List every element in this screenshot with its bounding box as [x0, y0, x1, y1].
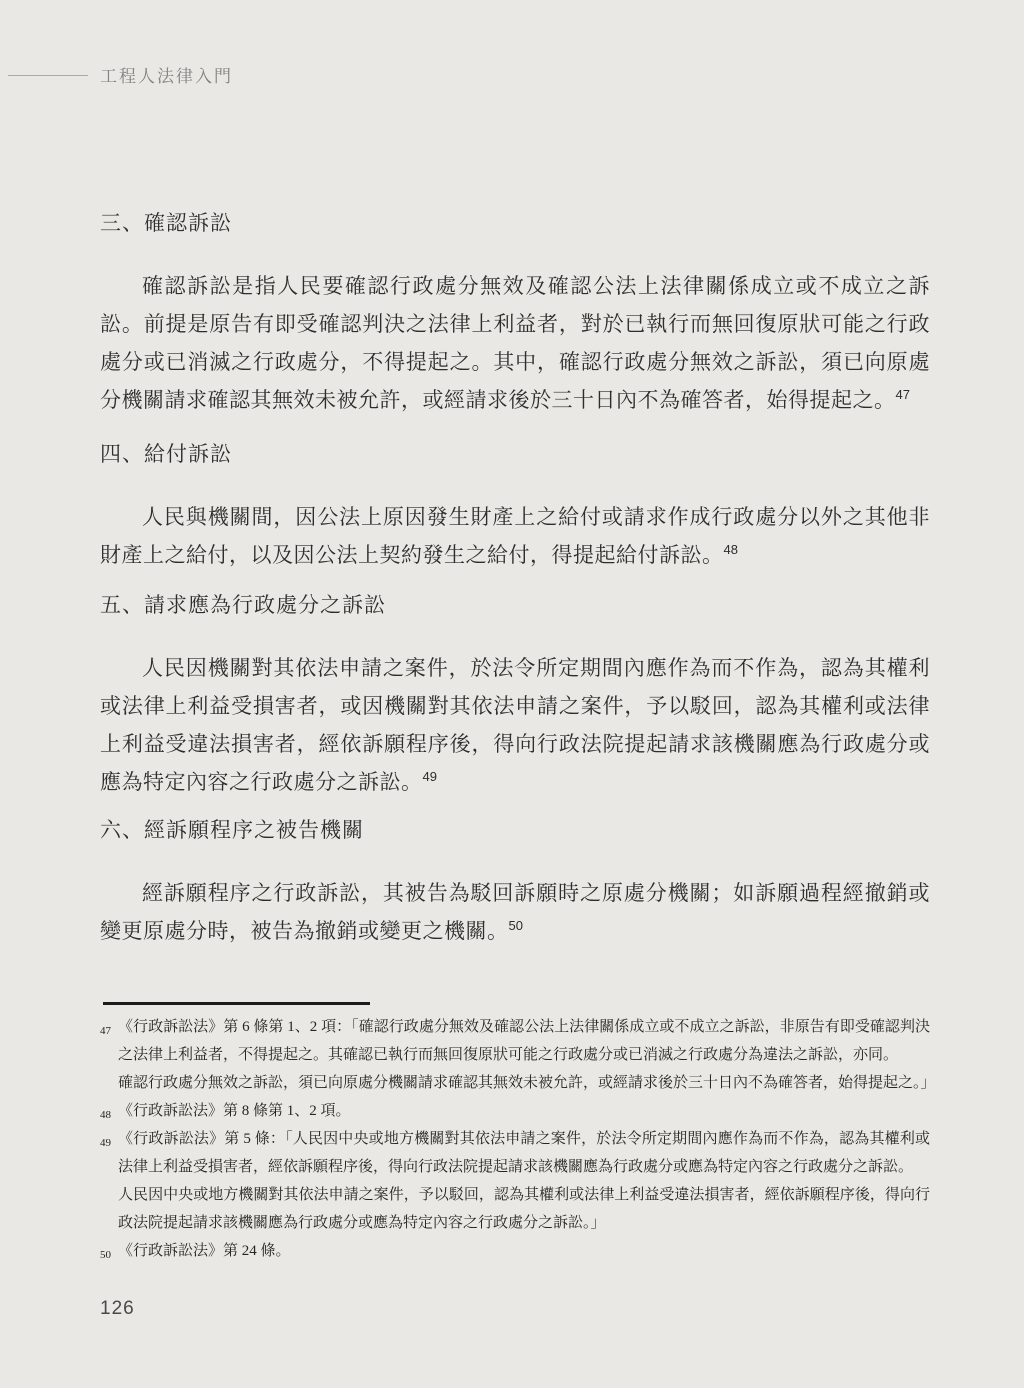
paragraph: 確認訴訟是指人民要確認行政處分無效及確認公法上法律關係成立或不成立之訴訟。前提是… — [100, 268, 930, 420]
footnote-number: 49 — [100, 1129, 111, 1157]
footnotes-block: 47 《行政訴訟法》第 6 條第 1、2 項：「確認行政處分無效及確認公法上法律… — [100, 1002, 930, 1265]
paragraph-text: 確認訴訟是指人民要確認行政處分無效及確認公法上法律關係成立或不成立之訴訟。前提是… — [100, 275, 930, 412]
page-number: 126 — [100, 1298, 135, 1320]
section-defendant-agency: 六、經訴願程序之被告機關 經訴願程序之行政訴訟，其被告為駁回訴願時之原處分機關；… — [100, 817, 930, 951]
book-page: 工程人法律入門 三、確認訴訟 確認訴訟是指人民要確認行政處分無效及確認公法上法律… — [0, 0, 1024, 1388]
footnote-segment: 《行政訴訟法》第 6 條第 1、2 項：「確認行政處分無效及確認公法上法律關係成… — [118, 1019, 930, 1063]
footnote-ref-47: 47 — [896, 387, 910, 402]
paragraph: 人民因機關對其依法申請之案件，於法令所定期間內應作為而不作為，認為其權利或法律上… — [100, 650, 930, 802]
paragraph-text: 經訴願程序之行政訴訟，其被告為駁回訴願時之原處分機關；如訴願過程經撤銷或變更原處… — [100, 882, 930, 943]
running-header: 工程人法律入門 — [0, 60, 1024, 90]
footnote-number: 47 — [100, 1017, 111, 1045]
footnote-text: 《行政訴訟法》第 24 條。 — [118, 1237, 930, 1265]
section-mandatory-disposition-litigation: 五、請求應為行政處分之訴訟 人民因機關對其依法申請之案件，於法令所定期間內應作為… — [100, 592, 930, 802]
footnote-50: 50 《行政訴訟法》第 24 條。 — [100, 1237, 930, 1265]
section-payment-litigation: 四、給付訴訟 人民與機關間，因公法上原因發生財產上之給付或請求作成行政處分以外之… — [100, 441, 930, 575]
footnote-list: 47 《行政訴訟法》第 6 條第 1、2 項：「確認行政處分無效及確認公法上法律… — [100, 1005, 930, 1265]
footnote-text: 《行政訴訟法》第 5 條：「人民因中央或地方機關對其依法申請之案件，於法令所定期… — [118, 1125, 930, 1237]
footnote-text: 《行政訴訟法》第 8 條第 1、2 項。 — [118, 1097, 930, 1125]
footnote-segment: 人民因中央或地方機關對其依法申請之案件，予以駁回，認為其權利或法律上利益受違法損… — [118, 1181, 930, 1237]
section-heading: 四、給付訴訟 — [100, 441, 930, 469]
footnote-47: 47 《行政訴訟法》第 6 條第 1、2 項：「確認行政處分無效及確認公法上法律… — [100, 1013, 930, 1097]
footnote-number: 50 — [100, 1241, 111, 1269]
footnote-segment: 《行政訴訟法》第 5 條：「人民因中央或地方機關對其依法申請之案件，於法令所定期… — [118, 1131, 930, 1175]
footnote-ref-48: 48 — [724, 542, 738, 557]
footnote-ref-49: 49 — [423, 769, 437, 784]
header-rule — [8, 75, 88, 76]
paragraph-text: 人民因機關對其依法申請之案件，於法令所定期間內應作為而不作為，認為其權利或法律上… — [100, 657, 930, 794]
footnote-segment: 《行政訴訟法》第 24 條。 — [118, 1243, 291, 1259]
section-heading: 六、經訴願程序之被告機關 — [100, 817, 930, 845]
footnote-ref-50: 50 — [509, 918, 523, 933]
running-header-title: 工程人法律入門 — [100, 62, 233, 87]
section-heading: 三、確認訴訟 — [100, 210, 930, 238]
paragraph: 經訴願程序之行政訴訟，其被告為駁回訴願時之原處分機關；如訴願過程經撤銷或變更原處… — [100, 875, 930, 951]
paragraph: 人民與機關間，因公法上原因發生財產上之給付或請求作成行政處分以外之其他非財產上之… — [100, 499, 930, 575]
footnote-segment: 《行政訴訟法》第 8 條第 1、2 項。 — [118, 1103, 351, 1119]
footnote-49: 49 《行政訴訟法》第 5 條：「人民因中央或地方機關對其依法申請之案件，於法令… — [100, 1125, 930, 1237]
footnote-text: 《行政訴訟法》第 6 條第 1、2 項：「確認行政處分無效及確認公法上法律關係成… — [118, 1013, 930, 1097]
section-confirmation-litigation: 三、確認訴訟 確認訴訟是指人民要確認行政處分無效及確認公法上法律關係成立或不成立… — [100, 210, 930, 420]
section-heading: 五、請求應為行政處分之訴訟 — [100, 592, 930, 620]
footnote-48: 48 《行政訴訟法》第 8 條第 1、2 項。 — [100, 1097, 930, 1125]
footnote-segment: 確認行政處分無效之訴訟，須已向原處分機關請求確認其無效未被允許，或經請求後於三十… — [118, 1069, 930, 1097]
paragraph-text: 人民與機關間，因公法上原因發生財產上之給付或請求作成行政處分以外之其他非財產上之… — [100, 506, 930, 567]
